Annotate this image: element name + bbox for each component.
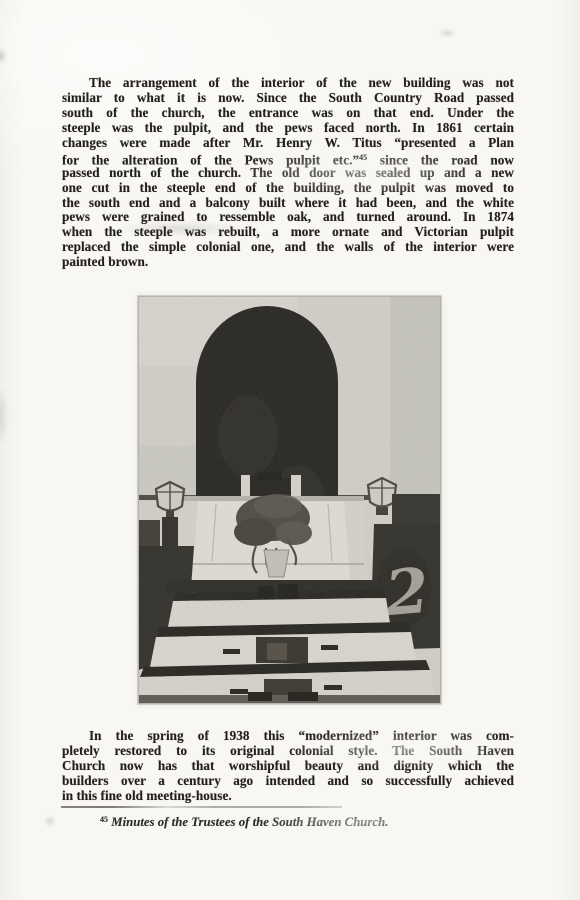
footnote-reference: 45 xyxy=(359,153,367,162)
text-line: for the alteration of the Pews pulpit et… xyxy=(62,151,514,166)
text-line: changes were made after Mr. Henry W. Tit… xyxy=(62,136,514,151)
text-line: Church now has that worshipful beauty an… xyxy=(62,759,514,774)
photo-grain xyxy=(138,296,441,704)
church-interior-photograph: 2 xyxy=(138,296,441,704)
text-line: pews were grained to ressemble oak, and … xyxy=(62,210,514,225)
text-line: the south end and a balcony built where … xyxy=(62,196,514,211)
text-line: pletely restored to its original colonia… xyxy=(62,744,514,759)
scan-artifact xyxy=(44,814,56,828)
book-page: The arrangement of the interior of the n… xyxy=(0,0,580,900)
footnote-divider xyxy=(61,806,342,808)
text-line: In the spring of 1938 this “modernized” … xyxy=(62,729,514,744)
text-line: painted brown. xyxy=(62,255,514,270)
text-line: builders over a century ago intended and… xyxy=(62,774,514,789)
text-line: similar to what it is now. Since the Sou… xyxy=(62,91,514,106)
text-line: passed north of the church. The old door… xyxy=(62,166,514,181)
text-line: when the steeple was rebuilt, a more orn… xyxy=(62,225,514,240)
text-line: one cut in the steeple end of the buildi… xyxy=(62,181,514,196)
text-line: in this fine old meeting-house. xyxy=(62,789,514,804)
paragraph-interior-history: The arrangement of the interior of the n… xyxy=(62,76,514,270)
scan-artifact xyxy=(438,28,456,38)
text-line: south of the church, the entrance was on… xyxy=(62,106,514,121)
scan-artifact xyxy=(0,48,7,64)
footnote-text: Minutes of the Trustees of the South Hav… xyxy=(111,815,388,829)
text-line: replaced the simple colonial one, and th… xyxy=(62,240,514,255)
footnote-marker: 45 xyxy=(100,815,108,824)
text-line: steeple was the pulpit, and the pews fac… xyxy=(62,121,514,136)
footnote: 45 Minutes of the Trustees of the South … xyxy=(100,813,470,829)
text-line: The arrangement of the interior of the n… xyxy=(62,76,514,91)
scan-artifact xyxy=(0,384,9,448)
church-interior-photo-art: 2 xyxy=(138,296,441,704)
paragraph-restoration: In the spring of 1938 this “modernized” … xyxy=(62,729,514,804)
